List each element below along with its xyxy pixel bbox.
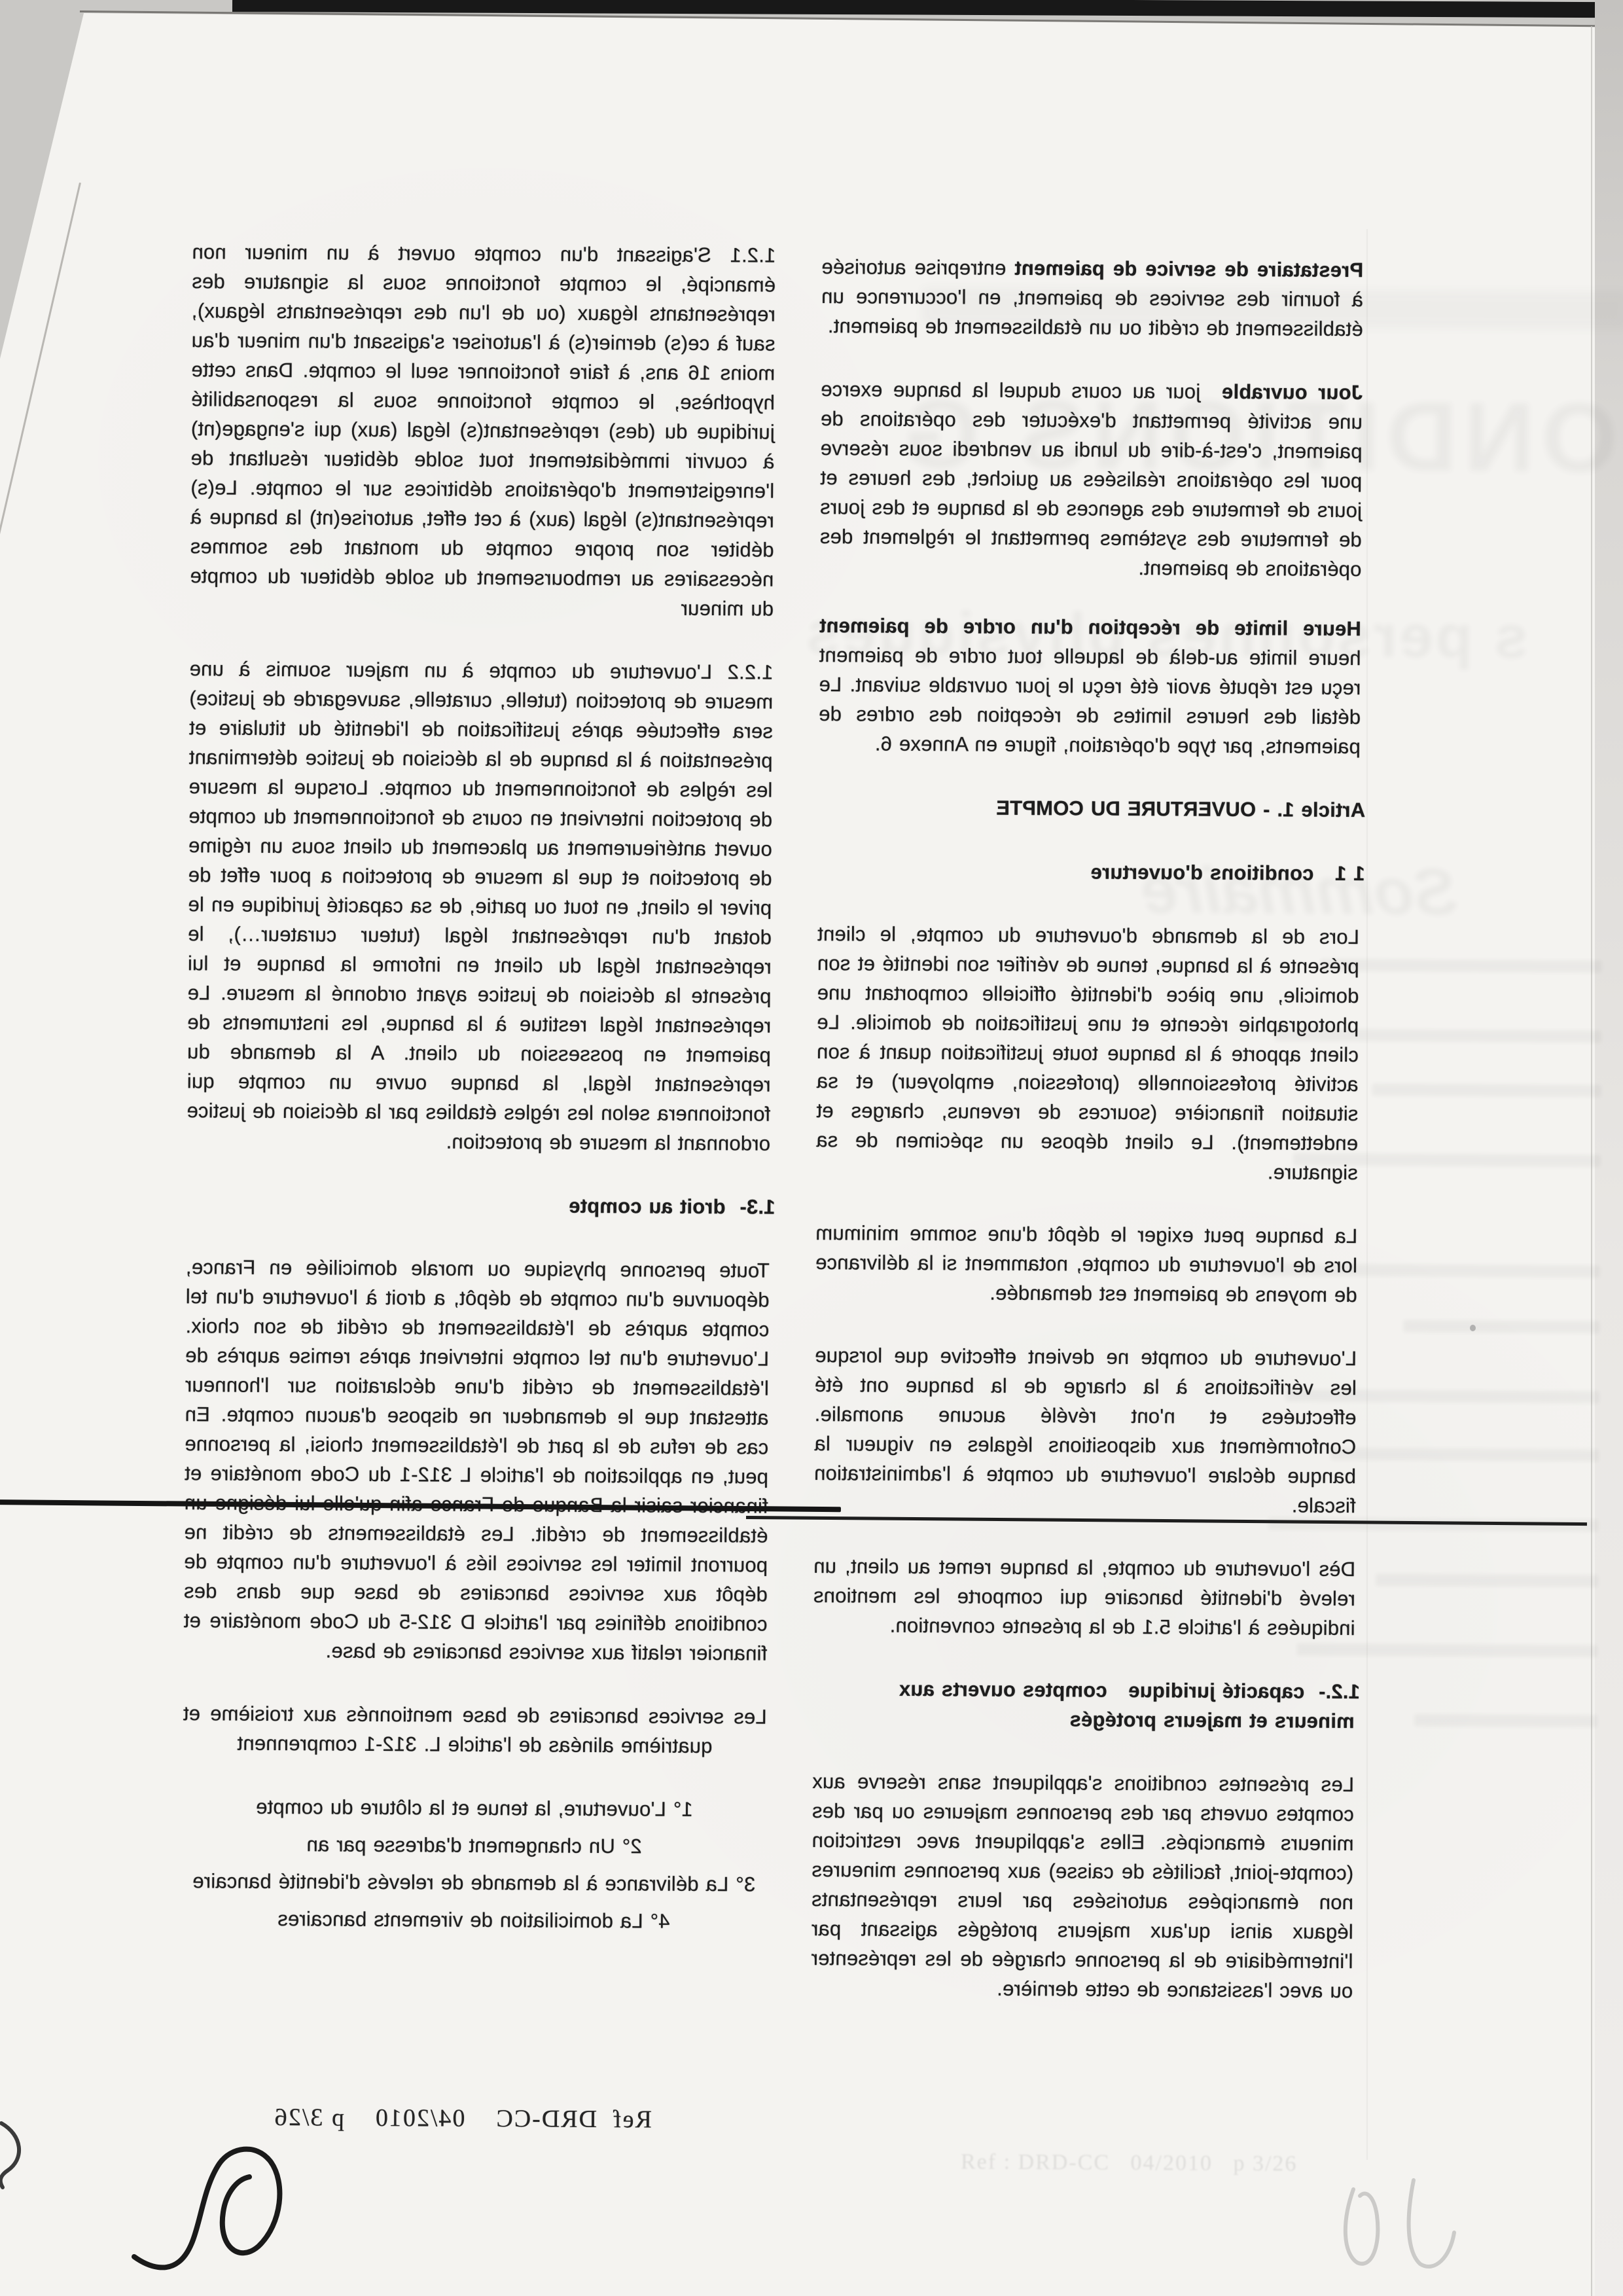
handwritten-paraph-mark bbox=[121, 2139, 330, 2283]
heading-article-1: Article 1. - OUVERTURE DU COMPTE bbox=[818, 792, 1360, 825]
list-item-3: 3° La délivrance à la demande de relevés… bbox=[182, 1866, 766, 1899]
paragraph-ouverture-effective: L'ouverture du compte ne devient effecti… bbox=[814, 1340, 1357, 1520]
list-item-1: 1° L'ouverture, la tenue et la clôture d… bbox=[183, 1791, 766, 1824]
footer-reference: Ref DRD-CC 04/2010 p 3/26 bbox=[274, 2103, 652, 2134]
services-de-base-list: 1° L'ouverture, la tenue et la clôture d… bbox=[182, 1791, 766, 1936]
edge-pen-squiggle bbox=[0, 2119, 35, 2191]
paragraph-somme-minimum: La banque peut exiger le dépôt d'une som… bbox=[815, 1218, 1358, 1310]
list-item-4: 4° La domiciliation de virements bancair… bbox=[182, 1903, 766, 1936]
toner-speck bbox=[1470, 1325, 1476, 1331]
column-mineurs-droit-au-compte: 1.2.1 S'agissant d'un compte ouvert à un… bbox=[182, 237, 776, 1944]
heading-1-3-droit-au-compte: 1.3- droit au compte bbox=[186, 1189, 770, 1221]
mirrored-print-layer: ONDITIONS G s personnes physiques Sommai… bbox=[0, 0, 1623, 2296]
definition-text: jour au cours duquel la banque exerce un… bbox=[820, 378, 1363, 581]
paragraph-services-bancaires: Les services bancaires de base mentionné… bbox=[183, 1698, 767, 1761]
column-definitions-and-article1: Prestataire de service de paiement entre… bbox=[811, 252, 1364, 2039]
bleedthrough-footer-reference: Ref : DRD-CC 04/2010 p 3/26 bbox=[961, 2149, 1298, 2176]
heading-1-2-capacite: 1.2.- capacité juridique comptes ouverts… bbox=[813, 1674, 1355, 1736]
heading-1-1-conditions: 1 1 conditions d'ouverture bbox=[817, 855, 1359, 888]
scanned-document-page: ONDITIONS G s personnes physiques Sommai… bbox=[0, 0, 1623, 2296]
paragraph-droit-au-compte: Toute personne physique ou morale domici… bbox=[183, 1252, 770, 1668]
paragraph-releve-identite: Dès l'ouverture du compte, la banque rem… bbox=[813, 1551, 1355, 1643]
paragraph-prestataire: Prestataire de service de paiement entre… bbox=[821, 252, 1364, 344]
paragraph-heure-limite: Heure limite de réception d'un ordre de … bbox=[819, 611, 1361, 761]
defined-term-jour-ouvrable: Jour ouvrable bbox=[1222, 380, 1363, 404]
defined-term-heure-limite: Heure limite de réception d'un ordre de … bbox=[819, 614, 1361, 640]
definition-text: heure limite au-delà de laquelle tout or… bbox=[819, 643, 1361, 758]
paragraph-demande-ouverture: Lors de la demande d'ouverture du compte… bbox=[816, 919, 1359, 1187]
paragraph-1-2-1-mineur: 1.2.1 S'agissant d'un compte ouvert à un… bbox=[190, 237, 776, 623]
paragraph-presentes-conditions: Les présentes conditions s'appliquent sa… bbox=[811, 1767, 1354, 2005]
paragraph-jour-ouvrable: Jour ouvrable jour au cours duquel la ba… bbox=[819, 374, 1363, 584]
defined-term-prestataire: Prestataire de service de paiement bbox=[1014, 257, 1363, 281]
list-item-2: 2° Un changement d'adresse par an bbox=[182, 1829, 766, 1861]
faint-pencil-signature bbox=[1329, 2170, 1486, 2274]
paragraph-1-2-2-majeur-protege: 1.2.2 L'ouverture du compte à un majeur … bbox=[187, 654, 774, 1158]
